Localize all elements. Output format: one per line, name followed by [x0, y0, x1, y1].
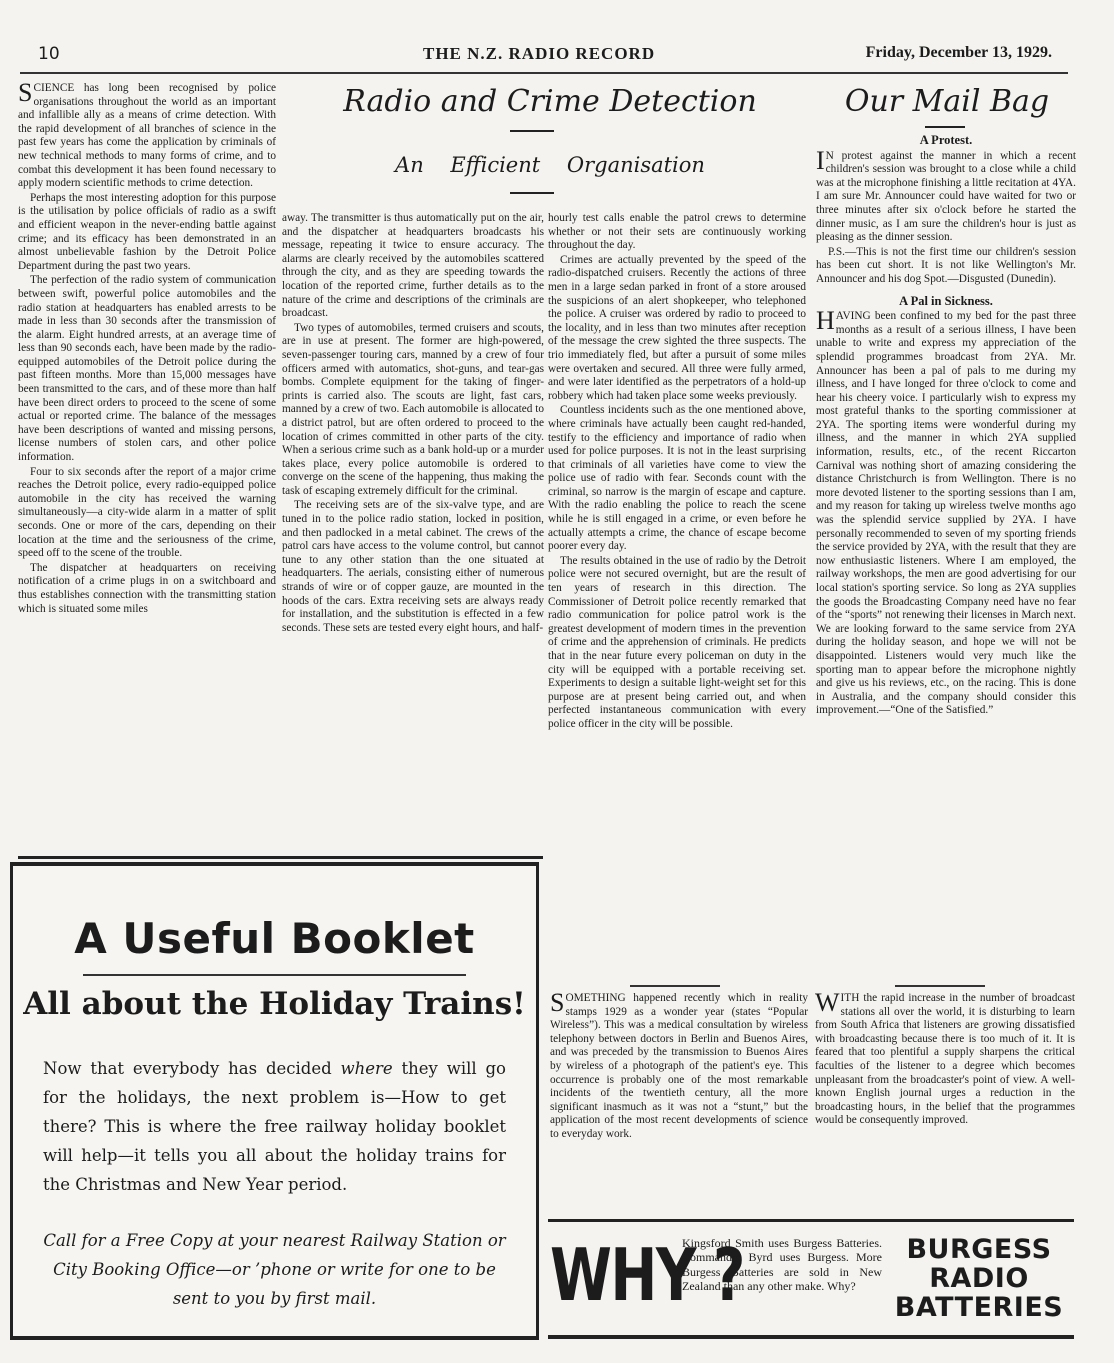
masthead: 10 THE N.Z. RADIO RECORD Friday, Decembe…	[38, 44, 1052, 66]
article-column-2: away. The transmitter is thus automatica…	[282, 212, 544, 636]
article-paragraph: away. The transmitter is thus automatica…	[282, 212, 544, 321]
subheadline-rule	[510, 192, 554, 194]
mail-bag-title: Our Mail Bag	[816, 84, 1078, 119]
filler-wonder-year: SOMETHING happened recently which in rea…	[550, 992, 808, 1143]
drop-cap: S	[550, 992, 564, 1014]
article-paragraph: The dispatcher at headquarters on receiv…	[18, 562, 276, 616]
filler-too-much-broadcasting: WITH the rapid increase in the number of…	[815, 992, 1075, 1129]
filler-rule	[630, 985, 720, 987]
letter-body: IN protest against the manner in which a…	[816, 150, 1076, 245]
article-headline: Radio and Crime Detection	[300, 84, 800, 119]
newspaper-title: THE N.Z. RADIO RECORD	[423, 44, 655, 64]
ad-title-rule	[83, 974, 466, 976]
burgess-logo: BURGESS RADIO BATTERIES	[886, 1235, 1072, 1322]
mail-bag-column: A Protest. IN protest against the manner…	[816, 134, 1076, 719]
headline-rule	[510, 130, 554, 132]
railway-booklet-ad: A Useful Booklet All about the Holiday T…	[10, 862, 539, 1340]
drop-cap: I	[816, 150, 825, 172]
article-paragraph: The perfection of the radio system of co…	[18, 274, 276, 464]
article-paragraph: The receiving sets are of the six-valve …	[282, 499, 544, 635]
filler-rule	[895, 985, 985, 987]
drop-cap: H	[816, 310, 835, 332]
ad-bottom-rule	[548, 1335, 1074, 1339]
ad-subtitle: All about the Holiday Trains!	[13, 986, 536, 1022]
publication-date: Friday, December 13, 1929.	[866, 44, 1052, 62]
article-column-3: hourly test calls enable the patrol crew…	[548, 212, 806, 733]
article-subheadline: An Efficient Organisation	[360, 153, 740, 177]
article-paragraph: Two types of automobiles, termed cruiser…	[282, 322, 544, 499]
article-paragraph: Four to six seconds after the report of …	[18, 466, 276, 561]
article-paragraph: Countless incidents such as the one ment…	[548, 404, 806, 554]
drop-cap: W	[815, 992, 840, 1014]
section-rule	[18, 856, 543, 859]
letter-body: HAVING been confined to my bed for the p…	[816, 310, 1076, 718]
letter-postscript: P.S.—This is not the first time our chil…	[816, 246, 1076, 287]
letter-heading: A Pal in Sickness.	[816, 295, 1076, 309]
drop-cap: S	[18, 82, 32, 104]
article-column-1: SCIENCE has long been recognised by poli…	[18, 82, 276, 617]
ad-text: Kingsford Smith uses Burgess Batteries. …	[682, 1236, 882, 1293]
ad-body: Now that everybody has decided where the…	[43, 1054, 506, 1199]
mail-bag-rule	[925, 126, 965, 128]
burgess-batteries-ad: WHY ? Kingsford Smith uses Burgess Batte…	[548, 1219, 1074, 1339]
ad-title: A Useful Booklet	[13, 914, 536, 963]
masthead-rule	[20, 72, 1068, 74]
article-paragraph: hourly test calls enable the patrol crew…	[548, 212, 806, 253]
ad-top-rule	[548, 1219, 1074, 1222]
page-number: 10	[38, 44, 60, 64]
article-paragraph: SCIENCE has long been recognised by poli…	[18, 82, 276, 191]
ad-call-to-action: Call for a Free Copy at your nearest Rai…	[43, 1226, 506, 1313]
article-paragraph: Crimes are actually prevented by the spe…	[548, 254, 806, 404]
letter-heading: A Protest.	[816, 134, 1076, 148]
article-paragraph: Perhaps the most interesting adoption fo…	[18, 192, 276, 274]
article-paragraph: The results obtained in the use of radio…	[548, 555, 806, 732]
